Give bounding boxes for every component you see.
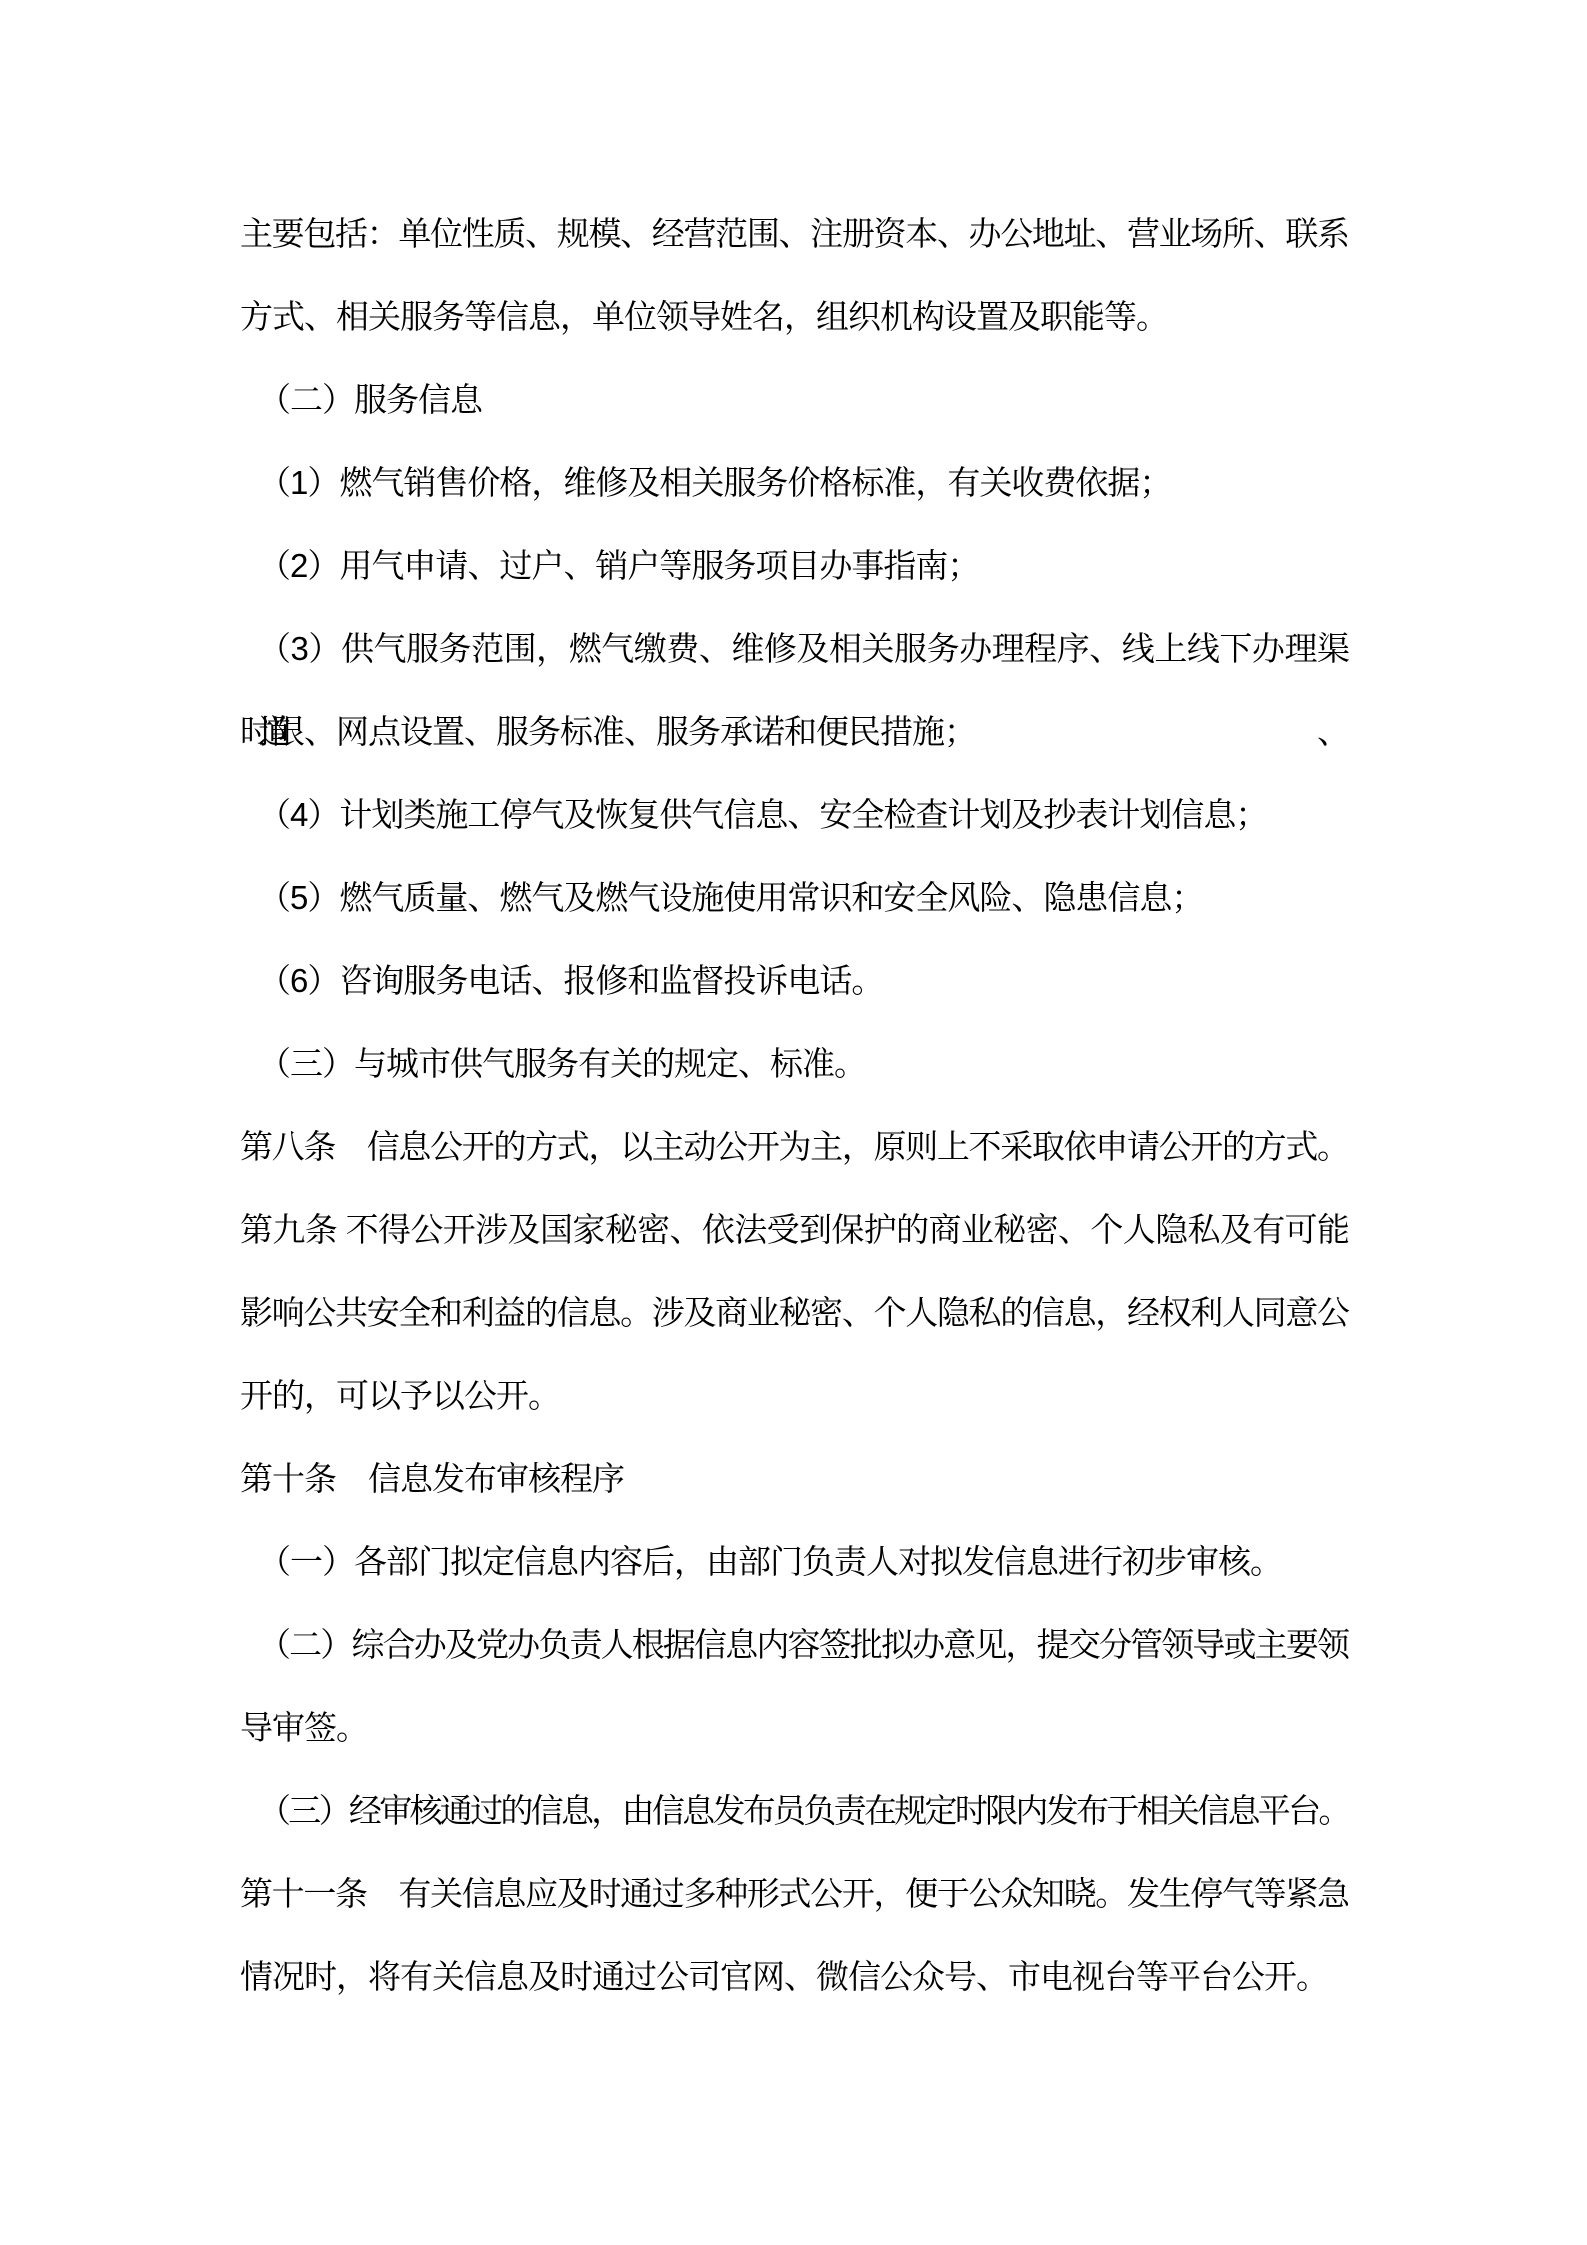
text-line: （二）综合办及党办负责人根据信息内容签批拟办意见，提交分管领导或主要领 <box>240 1603 1348 1686</box>
text-line: 第十条 信息发布审核程序 <box>240 1437 1348 1520</box>
text-line: （二）服务信息 <box>240 358 1348 441</box>
text-line: 主要包括：单位性质、规模、经营范围、注册资本、办公地址、营业场所、联系 <box>240 192 1348 275</box>
text-line: （1）燃气销售价格，维修及相关服务价格标准，有关收费依据； <box>240 441 1348 524</box>
text-line: 第九条 不得公开涉及国家秘密、依法受到保护的商业秘密、个人隐私及有可能 <box>240 1188 1348 1271</box>
text-line: 方式、相关服务等信息，单位领导姓名，组织机构设置及职能等。 <box>240 275 1348 358</box>
text-line: （5）燃气质量、燃气及燃气设施使用常识和安全风险、隐患信息； <box>240 856 1348 939</box>
text-line: （一）各部门拟定信息内容后，由部门负责人对拟发信息进行初步审核。 <box>240 1520 1348 1603</box>
document-page: 主要包括：单位性质、规模、经营范围、注册资本、办公地址、营业场所、联系方式、相关… <box>0 0 1587 2245</box>
text-line: 第十一条 有关信息应及时通过多种形式公开，便于公众知晓。发生停气等紧急 <box>240 1852 1348 1935</box>
text-line: （三）经审核通过的信息，由信息发布员负责在规定时限内发布于相关信息平台。 <box>240 1769 1348 1852</box>
text-line: 开的，可以予以公开。 <box>240 1354 1348 1437</box>
document-text-block: 主要包括：单位性质、规模、经营范围、注册资本、办公地址、营业场所、联系方式、相关… <box>240 192 1348 2018</box>
text-line: 情况时，将有关信息及时通过公司官网、微信公众号、市电视台等平台公开。 <box>240 1935 1348 2018</box>
text-line: （三）与城市供气服务有关的规定、标准。 <box>240 1022 1348 1105</box>
text-line: 影响公共安全和利益的信息。涉及商业秘密、个人隐私的信息，经权利人同意公 <box>240 1271 1348 1354</box>
text-line: （3）供气服务范围，燃气缴费、维修及相关服务办理程序、线上线下办理渠道、 <box>240 607 1348 690</box>
text-line: （2）用气申请、过户、销户等服务项目办事指南； <box>240 524 1348 607</box>
text-line: 第八条 信息公开的方式，以主动公开为主，原则上不采取依申请公开的方式。 <box>240 1105 1348 1188</box>
text-line: （6）咨询服务电话、报修和监督投诉电话。 <box>240 939 1348 1022</box>
text-line: 导审签。 <box>240 1686 1348 1769</box>
text-line: （4）计划类施工停气及恢复供气信息、安全检查计划及抄表计划信息； <box>240 773 1348 856</box>
